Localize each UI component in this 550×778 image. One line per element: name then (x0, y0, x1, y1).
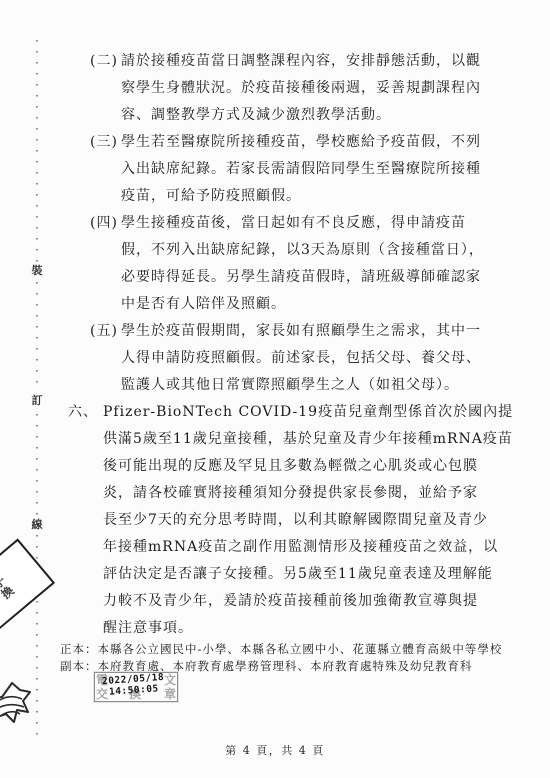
seal-scribble-icon (0, 680, 34, 734)
paragraph-label: (二) (90, 48, 118, 75)
text-line: 中是否有人陪伴及照顧。 (121, 291, 550, 318)
paragraph-label: 六、 (68, 399, 98, 426)
paragraph-lines: 學生若至醫療院所接種疫苗，學校應給予疫苗假，不列入出缺席紀錄。若家長需請假陪同學… (121, 129, 550, 210)
original-recipients: 本縣各公立國民中-小學、本縣各私立國中小、花蓮縣立體育高級中等學校 (98, 642, 503, 656)
original-recipients-line: 正本：本縣各公立國民中-小學、本縣各私立國中小、花蓮縣立體育高級中等學校 (60, 641, 502, 658)
stamp-char-jiao: 交 (96, 688, 108, 700)
paragraph-label: (四) (90, 210, 118, 237)
text-line: 醒注意事項。 (103, 615, 550, 642)
scanned-document-page: 裝 訂 線 (二)請於接種疫苗當日調整課程內容，安排靜態活動，以觀察學生身體狀況… (0, 0, 550, 778)
text-line: 假，不列入出缺席紀錄，以3天為原則（含接種當日）， (121, 237, 550, 264)
paragraph-item: (二)請於接種疫苗當日調整課程內容，安排靜態活動，以觀察學生身體狀況。於疫苗接種… (90, 48, 550, 129)
paragraph-lines: 學生於疫苗假期間，家長如有照顧學生之需求，其中一人得申請防疫照顧假。前述家長，包… (121, 318, 550, 399)
electronic-exchange-stamp: 電 文 交 換 章 2022/05/18 14:50:05 (94, 672, 178, 702)
stamp-time: 14:50:05 (109, 683, 159, 697)
text-line: 入出缺席紀錄。若家長需請假陪同學生至醫療院所接種 (121, 156, 550, 183)
paragraph-lines: Pfizer-BioNTech COVID-19疫苗兒童劑型係首次於國內提供滿5… (103, 399, 550, 642)
document-body: (二)請於接種疫苗當日調整課程內容，安排靜態活動，以觀察學生身體狀況。於疫苗接種… (0, 48, 550, 642)
text-line: 長至少7天的充分思考時間，以利其瞭解國際間兒童及青少 (103, 507, 550, 534)
paragraph-label: (三) (90, 129, 118, 156)
copy-recipients: 本府教育處、本府教育處學務管理科、本府教育處特殊及幼兒教育科 (98, 659, 473, 673)
paragraph-item: 六、Pfizer-BioNTech COVID-19疫苗兒童劑型係首次於國內提供… (68, 399, 550, 642)
text-line: 監護人或其他日常實際照顧學生之人（如祖父母）。 (121, 372, 550, 399)
text-line: 力較不及青少年，爰請於疫苗接種前後加強衛教宣導與提 (103, 588, 550, 615)
text-line: 炎，請各校確實將接種須知分發提供家長參閱，並給予家 (103, 480, 550, 507)
text-line: 評估決定是否讓子女接種。另5歲至11歲兒童表達及理解能 (103, 561, 550, 588)
text-line: 年接種mRNA疫苗之副作用監測情形及接種疫苗之效益，以 (103, 534, 550, 561)
paragraph-item: (四)學生接種疫苗後，當日起如有不良反應，得申請疫苗假，不列入出缺席紀錄，以3天… (90, 210, 550, 318)
text-line: 人得申請防疫照顧假。前述家長，包括父母、養父母、 (121, 345, 550, 372)
paragraph-label: (五) (90, 318, 118, 345)
paragraph-lines: 請於接種疫苗當日調整課程內容，安排靜態活動，以觀察學生身體狀況。於疫苗接種後兩週… (121, 48, 550, 129)
paragraph-lines: 學生接種疫苗後，當日起如有不良反應，得申請疫苗假，不列入出缺席紀錄，以3天為原則… (121, 210, 550, 318)
paragraph-item: (三)學生若至醫療院所接種疫苗，學校應給予疫苗假，不列入出缺席紀錄。若家長需請假… (90, 129, 550, 210)
text-line: 學生接種疫苗後，當日起如有不良反應，得申請疫苗 (121, 210, 550, 237)
copy-label: 副本： (60, 659, 98, 673)
text-line: 學生若至醫療院所接種疫苗，學校應給予疫苗假，不列 (121, 129, 550, 156)
paragraph-item: (五)學生於疫苗假期間，家長如有照顧學生之需求，其中一人得申請防疫照顧假。前述家… (90, 318, 550, 399)
page-number-footer: 第 4 頁，共 4 頁 (0, 742, 550, 758)
text-line: 容、調整教學方式及減少激烈教學活動。 (121, 102, 550, 129)
distribution-block: 正本：本縣各公立國民中-小學、本縣各私立國中小、花蓮縣立體育高級中等學校 副本：… (60, 641, 502, 674)
paragraph-list: (二)請於接種疫苗當日調整課程內容，安排靜態活動，以觀察學生身體狀況。於疫苗接種… (0, 48, 550, 642)
original-label: 正本： (60, 642, 98, 656)
stamp-char-zhang: 章 (164, 688, 176, 700)
text-line: 疫苗，可給予防疫照顧假。 (121, 183, 550, 210)
text-line: 必要時得延長。另學生請疫苗假時，請班級導師確認家 (121, 264, 550, 291)
stamp-char-wen: 文 (164, 674, 176, 686)
text-line: 供滿5歲至11歲兒童接種，基於兒童及青少年接種mRNA疫苗 (103, 426, 550, 453)
text-line: 察學生身體狀況。於疫苗接種後兩週，妥善規劃課程內 (121, 75, 550, 102)
text-line: 學生於疫苗假期間，家長如有照顧學生之需求，其中一 (121, 318, 550, 345)
text-line: 請於接種疫苗當日調整課程內容，安排靜態活動，以觀 (121, 48, 550, 75)
text-line: Pfizer-BioNTech COVID-19疫苗兒童劑型係首次於國內提 (103, 399, 550, 426)
text-line: 後可能出現的反應及罕見且多數為輕微之心肌炎或心包膜 (103, 453, 550, 480)
